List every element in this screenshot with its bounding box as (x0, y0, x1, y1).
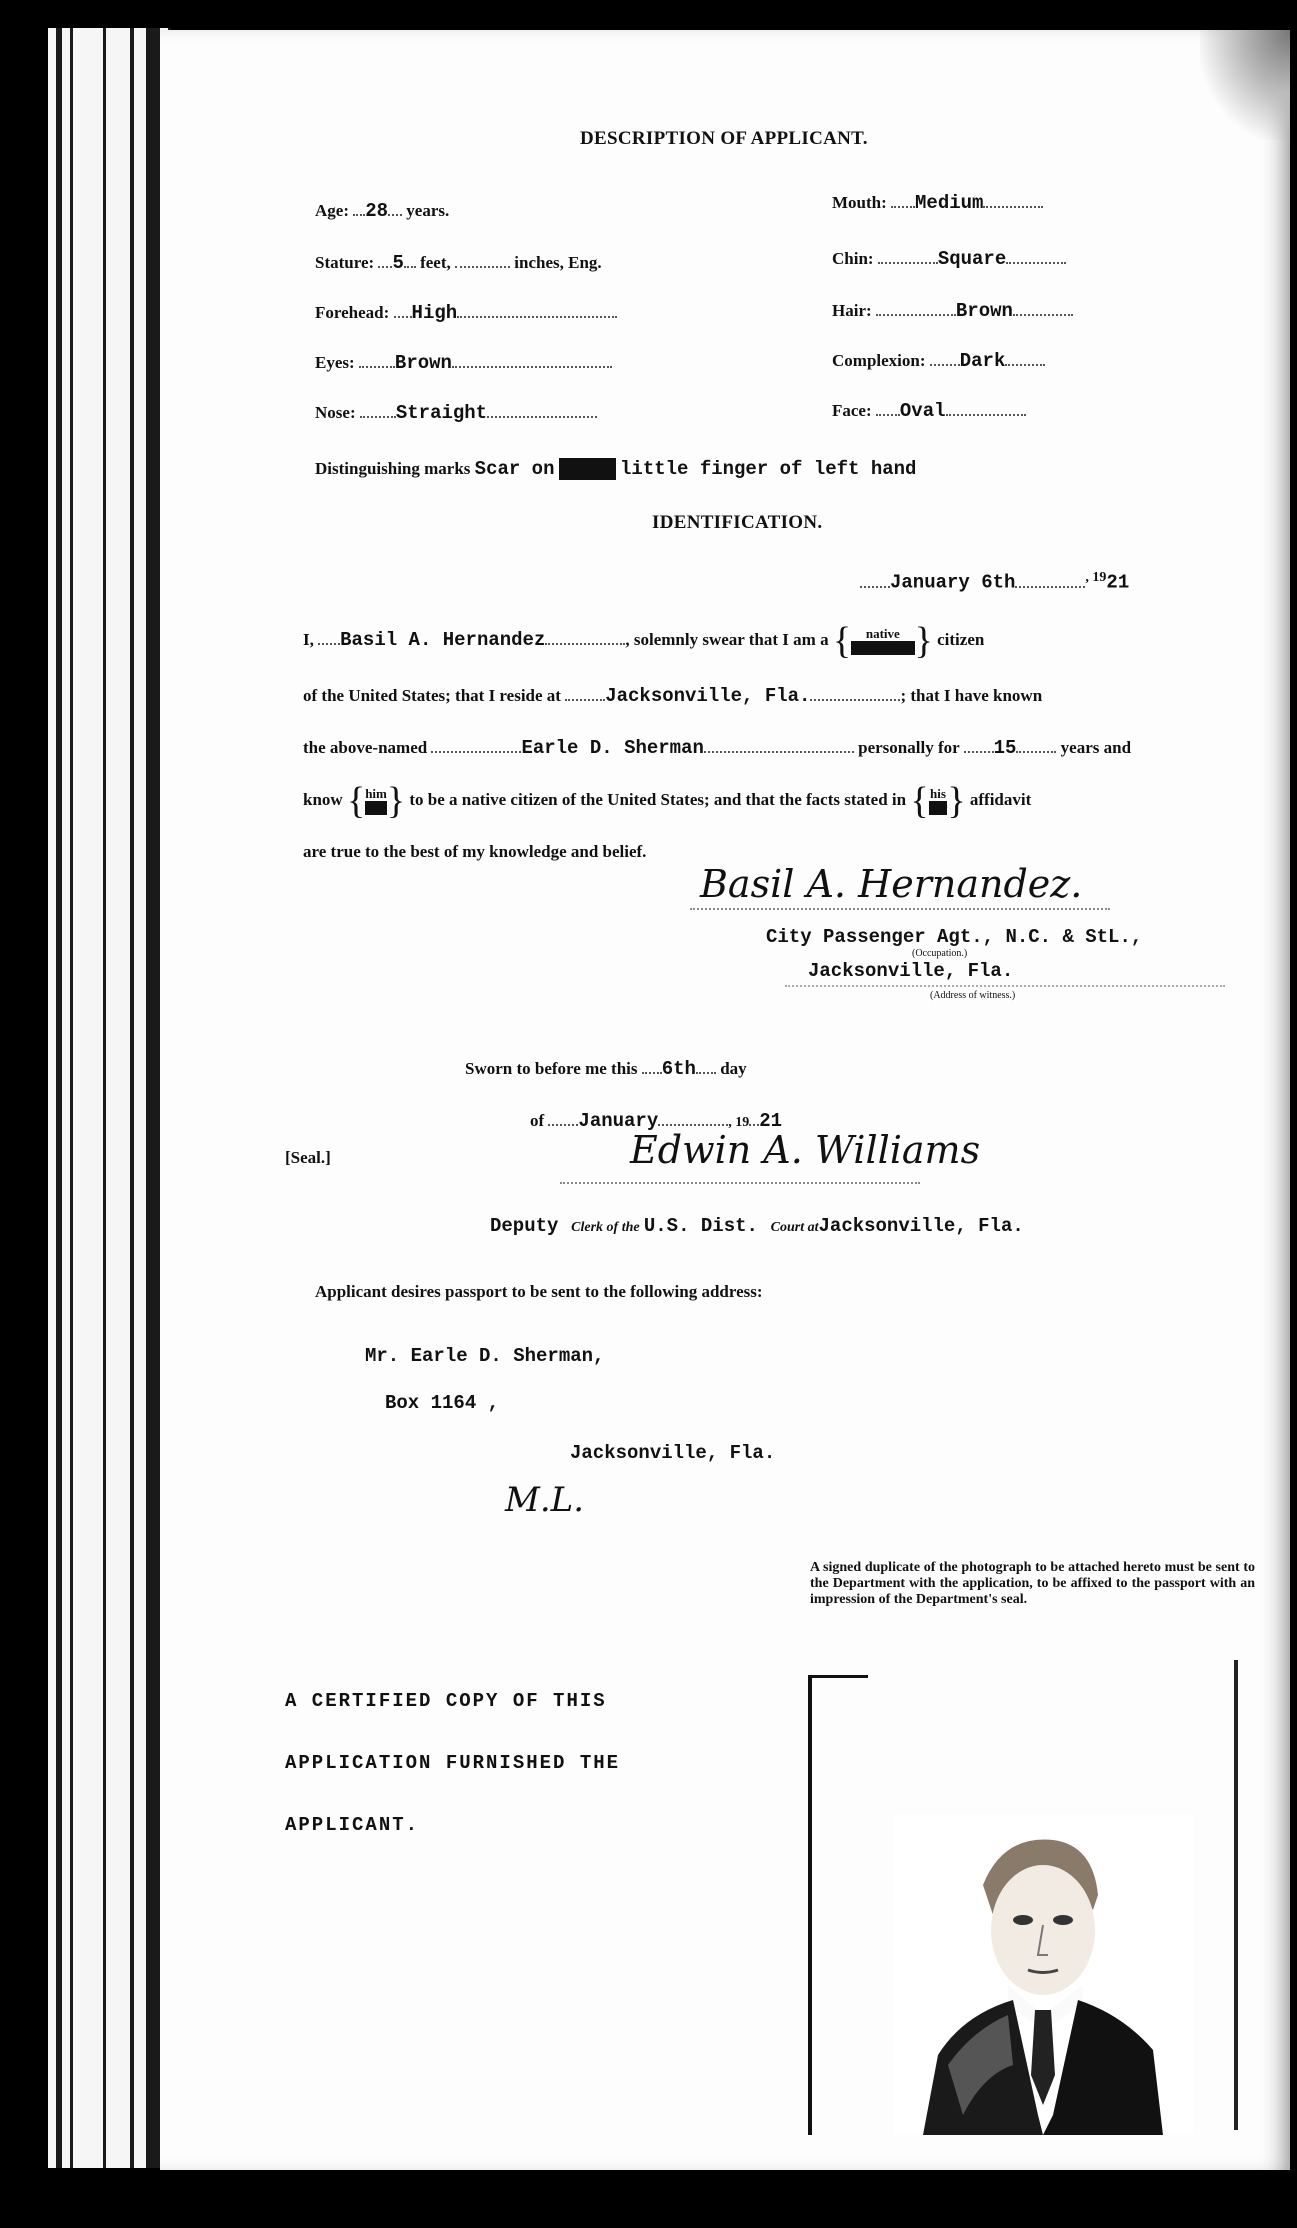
signature-line (690, 908, 1110, 910)
oath-line-1: I, Basil A. Hernandez, solemnly swear th… (303, 622, 984, 660)
face-value: Oval (900, 400, 946, 422)
oath-line-5: are true to the best of my knowledge and… (303, 842, 646, 862)
mailing-line-1: Mr. Earle D. Sherman, (365, 1345, 604, 1367)
sworn-line: Sworn to before me this 6th day (465, 1058, 747, 1080)
oath-line-3: the above-named Earle D. Sherman persona… (303, 737, 1131, 759)
photo-frame (808, 1675, 1238, 2135)
bound-page-edges (48, 28, 168, 2168)
court-value: U.S. Dist. (644, 1215, 758, 1237)
oath-line-2: of the United States; that I reside at J… (303, 685, 1042, 707)
nose-field: Nose: Straight (315, 402, 597, 424)
hair-field: Hair: Brown (832, 300, 1073, 322)
passport-application-page: DESCRIPTION OF APPLICANT. Age: 28 years.… (160, 30, 1290, 2170)
witness-name: Basil A. Hernandez (340, 629, 545, 651)
stature-field: Stature: 5 feet, inches, Eng. (315, 252, 602, 274)
mouth-value: Medium (915, 192, 983, 214)
clerk-line: Deputy Clerk of the U.S. Dist. Court atJ… (490, 1215, 1024, 1237)
mailing-line-2: Box 1164 , (385, 1392, 499, 1414)
eyes-field: Eyes: Brown (315, 352, 612, 374)
witness-occupation: City Passenger Agt., N.C. & StL., (766, 926, 1142, 948)
distinguishing-marks-field: Distinguishing marks Scar on xxxxx littl… (315, 458, 916, 480)
identification-heading: IDENTIFICATION. (652, 512, 822, 534)
age-field: Age: 28 years. (315, 200, 449, 222)
oath-line-4: know {himher} to be a native citizen of … (303, 782, 1031, 820)
court-location: Jacksonville, Fla. (819, 1215, 1024, 1237)
forehead-field: Forehead: High (315, 302, 617, 324)
hair-value: Brown (956, 300, 1013, 322)
address-caption: (Address of witness.) (930, 990, 1015, 1001)
clerk-initials: M.L. (505, 1480, 584, 1520)
mailing-line-3: Jacksonville, Fla. (570, 1442, 775, 1464)
applicant-name: Earle D. Sherman (521, 737, 703, 759)
age-value: 28 (365, 200, 388, 222)
witness-residence: Jacksonville, Fla. (605, 685, 810, 707)
portrait-icon (893, 1815, 1193, 2135)
struck-text: xxxxx (559, 458, 616, 480)
identification-date: January 6th, 1921 (860, 570, 1129, 594)
occupation-caption: (Occupation.) (912, 948, 967, 959)
description-heading: DESCRIPTION OF APPLICANT. (580, 128, 868, 150)
sworn-day: 6th (662, 1058, 696, 1080)
mouth-field: Mouth: Medium (832, 192, 1043, 214)
deputy-value: Deputy (490, 1215, 558, 1237)
nose-value: Straight (396, 402, 487, 424)
chin-field: Chin: Square (832, 248, 1066, 270)
seal-label: [Seal.] (285, 1148, 331, 1168)
clerk-signature: Edwin A. Williams (630, 1128, 980, 1172)
mailing-intro: Applicant desires passport to be sent to… (315, 1282, 763, 1302)
witness-signature: Basil A. Hernandez. (700, 862, 1082, 906)
forehead-value: High (412, 302, 458, 324)
complexion-value: Dark (960, 350, 1006, 372)
photo-instruction-note: A signed duplicate of the photograph to … (810, 1560, 1255, 1608)
stature-feet-value: 5 (392, 252, 403, 274)
page-stain (1200, 30, 1290, 140)
years-known: 15 (994, 737, 1017, 759)
applicant-photograph (893, 1815, 1193, 2135)
chin-value: Square (938, 248, 1006, 270)
complexion-field: Complexion: Dark (832, 350, 1045, 372)
certified-copy-stamp: A CERTIFIED COPY OF THIS APPLICATION FUR… (285, 1670, 620, 1856)
face-field: Face: Oval (832, 400, 1026, 422)
eyes-value: Brown (395, 352, 452, 374)
witness-address: Jacksonville, Fla. (808, 960, 1013, 982)
